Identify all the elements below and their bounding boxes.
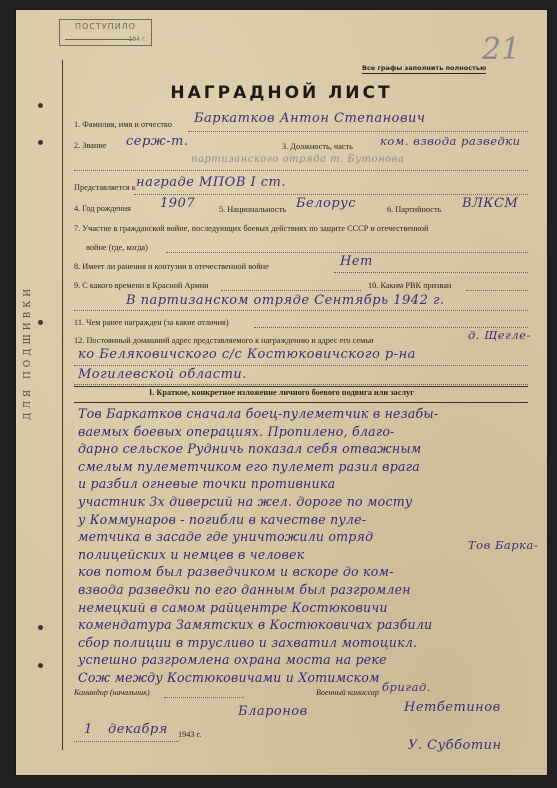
punch-hole [38, 625, 43, 630]
narrative-line: ваемых боевых операциях. Пропилено, благ… [78, 424, 395, 439]
name-value: Баркатков Антон Степанович [194, 111, 426, 126]
narrative-line: Сож между Костюковичами и Хотимском [78, 670, 380, 685]
army-since-label: 9. С какого времени в Красной Армии [74, 281, 209, 290]
narrative-line: немецкий в самом райцентре Костюковичи [78, 600, 388, 615]
received-stamp: ПОСТУПИЛО 194 г. [59, 19, 152, 46]
second-signature: У. Субботин [408, 738, 502, 753]
army-since-value: В партизанском отряде Сентябрь 1942 г. [126, 293, 445, 308]
nationality-value: Белорус [296, 196, 356, 211]
stamp-label: ПОСТУПИЛО [60, 22, 151, 31]
birth-year-value: 1907 [160, 196, 195, 211]
commissar-title: бригад. [382, 680, 431, 694]
sheet-number: 21 [482, 32, 520, 67]
page-title: НАГРАДНОЙ ЛИСТ [16, 83, 547, 103]
stamp-date-line [65, 39, 133, 40]
presented-label: Представляется к [74, 183, 136, 192]
presented-line [134, 194, 528, 195]
narrative-line: взвода разведки по его данным был разгро… [78, 582, 411, 597]
commander-line [164, 697, 244, 698]
section-title: I. Краткое, конкретное изложение личного… [16, 388, 547, 397]
position-label: 3. Должность, часть [282, 142, 353, 151]
binding-margin-label: ДЛЯ ПОДШИВКИ [23, 400, 33, 420]
award-sheet-page: ПОСТУПИЛО 194 г. 21 Все графы заполнить … [16, 10, 547, 775]
birth-year-label: 4. Год рождения [74, 204, 131, 213]
address-value-1: д. Щегле- [468, 328, 531, 342]
narrative-line: комендатура Замятских в Костюковичах раз… [78, 617, 432, 632]
wounds-value: Нет [340, 254, 373, 269]
wounds-label: 8. Имеет ли ранения и контузии в отечест… [74, 262, 269, 271]
party-value: ВЛКСМ [462, 196, 518, 211]
address-value-2: ко Беляковичского с/с Костюковичского р-… [78, 347, 416, 362]
nationality-label: 5. Национальность [219, 205, 286, 214]
rvk-label: 10. Каким РВК призван [368, 281, 451, 290]
name-line [188, 131, 528, 132]
position-line [74, 170, 528, 171]
punch-hole [38, 140, 43, 145]
commissar-label: Военный комиссар [316, 688, 379, 697]
narrative-line: участник 3х диверсий на жел. дороге по м… [78, 494, 412, 509]
binding-margin-line [62, 60, 63, 750]
name-label: 1. Фамилия, имя и отчество [74, 120, 172, 129]
army-since-line [221, 290, 361, 291]
civil-war-label-cont: войне (где, когда) [86, 243, 148, 252]
narrative-line: метчика в засаде где уничтожили отряд [78, 529, 373, 544]
commander-signature: Бларонов [238, 704, 308, 719]
date-day: 1 [84, 722, 93, 737]
civil-war-label: 7. Участие в гражданской войне, последую… [74, 224, 428, 233]
date-month: декабря [108, 722, 168, 737]
wounds-line [334, 272, 528, 273]
presented-value: награде МПОВ I ст. [136, 175, 286, 190]
party-label: 6. Партийность [387, 205, 441, 214]
narrative-line: полицейских и немцев в человек [78, 547, 304, 562]
fill-note: Все графы заполнить полностью [362, 64, 486, 74]
date-line [74, 741, 179, 742]
punch-hole [38, 663, 43, 668]
narrative-line: и разбил огневые точки противника [78, 476, 335, 491]
narrative-line: успешно разгромлена охрана моста на реке [78, 652, 387, 667]
section-divider-2 [74, 402, 528, 403]
narrative-line: дарно сельское Рудничь показал себя отва… [78, 441, 421, 456]
rank-value: серж-т. [126, 134, 188, 149]
commissar-signature: Нетбетинов [404, 700, 501, 715]
address-line-2 [74, 365, 528, 366]
prior-awards-label: 11. Чем ранее награжден (за какие отличи… [74, 318, 229, 327]
narrative-line: сбор полиции в трусливо и захватил мотоц… [78, 635, 417, 650]
stamp-year: 194 г. [129, 36, 147, 43]
narrative-note-right: Тов Барка- [468, 538, 538, 552]
position-value: ком. взвода разведки [380, 134, 521, 148]
civil-war-line [166, 252, 528, 253]
narrative-line: ков потом был разведчиком и вскоре до ко… [78, 564, 394, 579]
army-since-line-2 [74, 310, 528, 311]
date-year: 1943 г. [178, 730, 201, 739]
address-label: 12. Постоянный домашний адрес представля… [74, 336, 374, 345]
section-divider [74, 386, 528, 387]
narrative-line: у Коммунаров - погибли в качестве пуле- [78, 512, 366, 527]
punch-hole [38, 320, 43, 325]
commander-label: Командир (начальник) [74, 688, 150, 697]
position-value-cont: партизанского отряда т. Бутонова [191, 154, 404, 165]
address-value-3: Могилевской области. [78, 367, 247, 382]
rank-label: 2. Звание [74, 141, 107, 150]
address-line-3 [74, 384, 528, 385]
narrative-line: Тов Баркатков сначала боец-пулеметчик в … [78, 406, 438, 421]
narrative-line: смелым пулеметчиком его пулемет разил вр… [78, 459, 420, 474]
rvk-line [466, 290, 528, 291]
punch-hole [38, 103, 43, 108]
